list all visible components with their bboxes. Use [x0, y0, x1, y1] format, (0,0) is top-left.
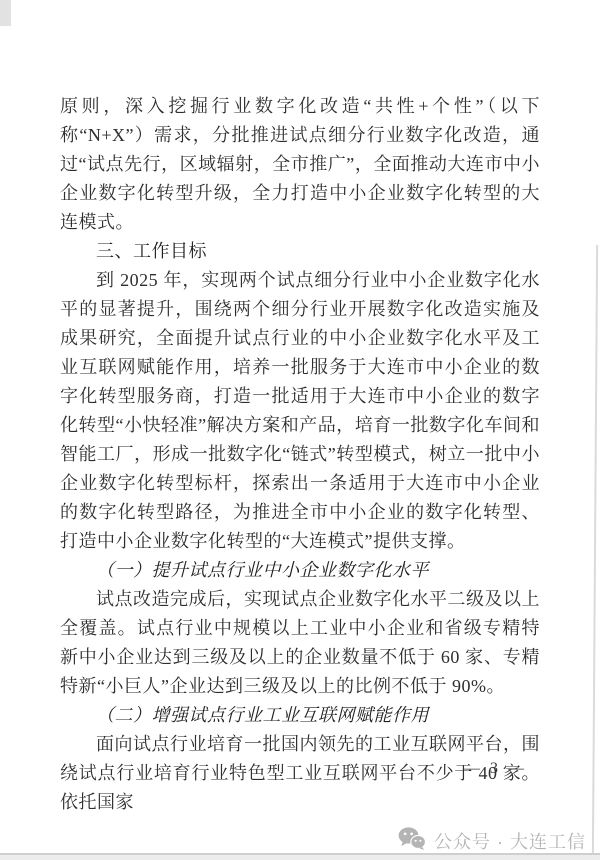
document-page: 原则，深入挖掘行业数字化改造“共性+个性”（以下称“N+X”）需求，分批推进试点… [0, 0, 600, 860]
subheading-2: （二）增强试点行业工业互联网赋能作用 [60, 701, 540, 730]
wechat-watermark: 公众号 · 大连工信 [398, 827, 586, 855]
section-heading: 三、工作目标 [60, 237, 540, 266]
paragraph-goals: 到 2025 年，实现两个试点细分行业中小企业数字化水平的显著提升，围绕两个细分… [60, 266, 540, 556]
subheading-1: （一）提升试点行业中小企业数字化水平 [60, 556, 540, 585]
scan-corner-artifact [0, 0, 11, 26]
watermark-text: 公众号 · 大连工信 [434, 828, 586, 854]
scan-edge-line [592, 245, 598, 860]
paragraph-sub1: 试点改造完成后，实现试点企业数字化水平二级及以上全覆盖。试点行业中规模以上工业中… [60, 585, 540, 701]
document-body: 原则，深入挖掘行业数字化改造“共性+个性”（以下称“N+X”）需求，分批推进试点… [60, 92, 540, 817]
paragraph-continuation: 原则，深入挖掘行业数字化改造“共性+个性”（以下称“N+X”）需求，分批推进试点… [60, 92, 540, 237]
wechat-icon [398, 827, 426, 855]
page-number: — 3 — [464, 760, 527, 778]
scan-bottom-strip [0, 853, 600, 860]
